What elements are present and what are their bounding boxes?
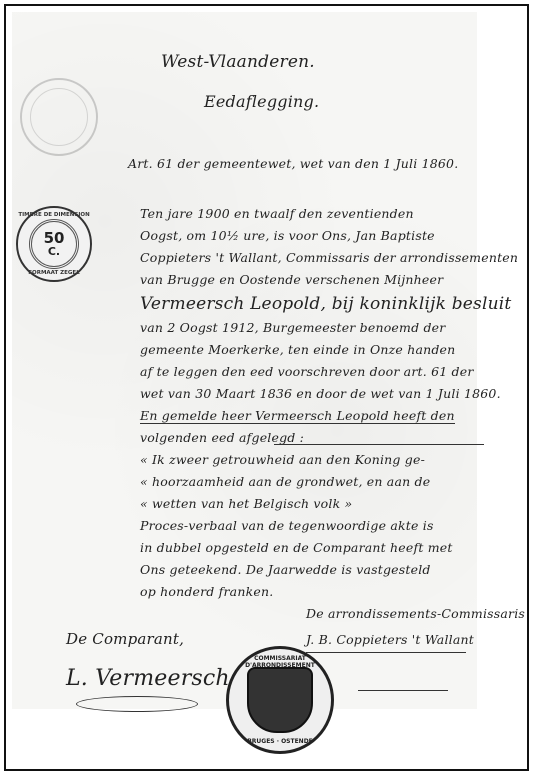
body-line: Oogst, om 10½ ure, is voor Ons, Jan Bapt… — [140, 228, 435, 243]
official-seal-icon: COMMISSARIAT D'ARRONDISSEMENT BRUGES · O… — [226, 646, 334, 754]
oath-line: « hoorzaamheid aan de grondwet, en aan d… — [140, 474, 430, 489]
tax-stamp-value: 50 C. — [29, 219, 79, 269]
document-title: Eedaflegging. — [204, 92, 319, 111]
rule-line — [274, 444, 484, 445]
body-line: Proces-verbaal van de tegenwoordige akte… — [140, 518, 434, 533]
body-line: volgenden eed afgelegd : — [140, 430, 500, 445]
seal-ring-bottom: BRUGES · OSTENDE — [229, 738, 331, 745]
legal-reference: Art. 61 der gemeentewet, wet van den 1 J… — [128, 156, 458, 171]
province-heading: West-Vlaanderen. — [161, 52, 315, 72]
body-line: van 2 Oogst 1912, Burgemeester benoemd d… — [140, 320, 445, 335]
commissioner-signature: J. B. Coppieters 't Wallant — [306, 632, 474, 647]
faded-stamp-icon — [20, 78, 98, 156]
body-line: En gemelde heer Vermeersch Leopold heeft… — [140, 408, 455, 424]
body-line: af te leggen den eed voorschreven door a… — [140, 364, 474, 379]
comparant-label: De Comparant, — [66, 630, 184, 648]
comparant-signature: L. Vermeersch — [66, 666, 230, 691]
body-line: Ten jare 1900 en twaalf den zeventienden — [140, 206, 414, 221]
commissioner-flourish — [306, 652, 466, 653]
document-frame: West-Vlaanderen. Eedaflegging. Art. 61 d… — [4, 4, 529, 771]
body-line: wet van 30 Maart 1836 en door de wet van… — [140, 386, 501, 401]
body-line: Ons geteekend. De Jaarwedde is vastgeste… — [140, 562, 431, 577]
commissioner-title: De arrondissements-Commissaris — [306, 606, 525, 621]
oath-line: « wetten van het Belgisch volk » — [140, 496, 352, 511]
coat-of-arms-icon — [247, 667, 313, 733]
body-line: op honderd franken. — [140, 584, 273, 599]
body-line-name: Vermeersch Leopold, bij koninklijk beslu… — [140, 294, 511, 314]
body-line: Coppieters 't Wallant, Commissaris der a… — [140, 250, 518, 265]
seal-ring-top: COMMISSARIAT D'ARRONDISSEMENT — [229, 655, 331, 669]
body-line: gemeente Moerkerke, ten einde in Onze ha… — [140, 342, 455, 357]
signature-flourish — [76, 696, 198, 712]
body-line: van Brugge en Oostende verschenen Mijnhe… — [140, 272, 443, 287]
oath-line: « Ik zweer getrouwheid aan den Koning ge… — [140, 452, 425, 467]
body-line: in dubbel opgesteld en de Comparant heef… — [140, 540, 453, 555]
tax-stamp-ring-top: TIMBRE DE DIMENSION — [18, 212, 90, 218]
tax-stamp-ring-bottom: FORMAAT ZEGEL — [18, 270, 90, 276]
commissioner-flourish — [358, 690, 448, 691]
tax-stamp-icon: TIMBRE DE DIMENSION 50 C. FORMAAT ZEGEL — [16, 206, 92, 282]
